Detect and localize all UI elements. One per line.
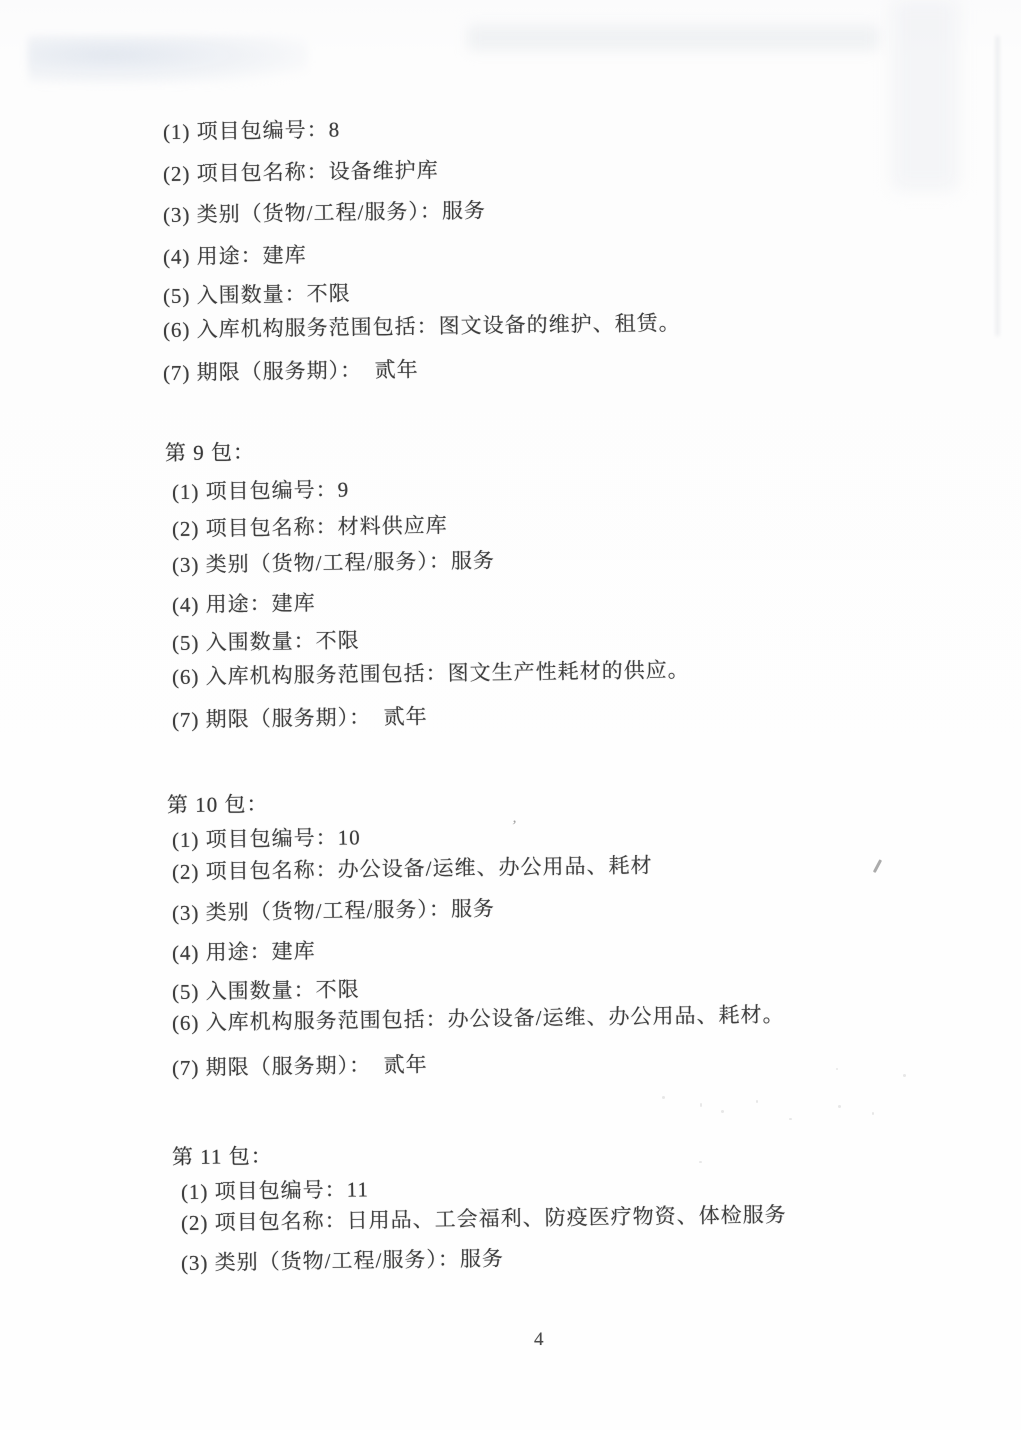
document-line: (2) 项目包名称：设备维护库 xyxy=(163,154,439,188)
document-line: (1) 项目包编号：9 xyxy=(172,474,350,506)
scan-smudge-top-center xyxy=(468,26,878,50)
document-line: (4) 用途：建库 xyxy=(172,587,316,619)
scan-smudge-right-edge xyxy=(996,36,999,336)
page-number: 4 xyxy=(534,1329,544,1351)
scan-speckle xyxy=(872,1112,874,1115)
document-line: (1) 项目包编号：8 xyxy=(163,114,341,146)
scan-artifact-tick: ’ xyxy=(510,818,518,837)
document-line: (3) 类别（货物/工程/服务）：服务 xyxy=(172,544,495,579)
document-line: (3) 类别（货物/工程/服务）：服务 xyxy=(172,892,495,927)
document-page: ’ (1) 项目包编号：8 (2) 项目包名称：设备维护库 (3) 类别（货物/… xyxy=(0,0,1021,1430)
scan-speckle xyxy=(903,1074,906,1077)
document-line: (7) 期限（服务期）： 贰年 xyxy=(172,1048,428,1082)
scan-speckle xyxy=(838,1105,841,1108)
document-line: (2) 项目包名称：办公设备/运维、办公用品、耗材 xyxy=(172,849,653,886)
scan-smudge-top-right xyxy=(892,0,958,190)
document-line: (2) 项目包名称：材料供应库 xyxy=(172,509,448,543)
section-heading-package-9: 第 9 包： xyxy=(165,436,255,467)
document-line: (7) 期限（服务期）： 贰年 xyxy=(163,353,419,387)
section-heading-package-11: 第 11 包： xyxy=(172,1140,273,1171)
section-heading-package-10: 第 10 包： xyxy=(167,788,269,819)
document-line: (3) 类别（货物/工程/服务）：服务 xyxy=(163,194,486,229)
scan-speckle xyxy=(836,1068,838,1070)
document-line: (6) 入库机构服务范围包括：图文设备的维护、租赁。 xyxy=(163,307,681,344)
document-line: (4) 用途：建库 xyxy=(172,935,316,967)
document-line: (6) 入库机构服务范围包括：图文生产性耗材的供应。 xyxy=(172,654,690,691)
document-line: (4) 用途：建库 xyxy=(163,239,307,271)
document-line: (5) 入围数量：不限 xyxy=(163,277,351,310)
scan-speckle xyxy=(700,1103,702,1107)
scan-smudge-top-left xyxy=(28,36,308,84)
document-line: (3) 类别（货物/工程/服务）：服务 xyxy=(181,1242,504,1277)
document-line: (7) 期限（服务期）： 贰年 xyxy=(172,700,428,734)
scan-speckle xyxy=(699,1161,702,1163)
document-line: (1) 项目包编号：10 xyxy=(172,821,361,854)
scan-speckle xyxy=(721,1110,724,1113)
scan-speckle xyxy=(789,1118,792,1120)
document-line: (5) 入围数量：不限 xyxy=(172,973,360,1006)
scan-speckle xyxy=(662,1096,665,1099)
document-line: (1) 项目包编号：11 xyxy=(181,1173,369,1206)
document-line: (5) 入围数量：不限 xyxy=(172,624,360,657)
scan-speckle xyxy=(756,1100,758,1103)
scan-artifact-stray-mark xyxy=(873,859,882,873)
